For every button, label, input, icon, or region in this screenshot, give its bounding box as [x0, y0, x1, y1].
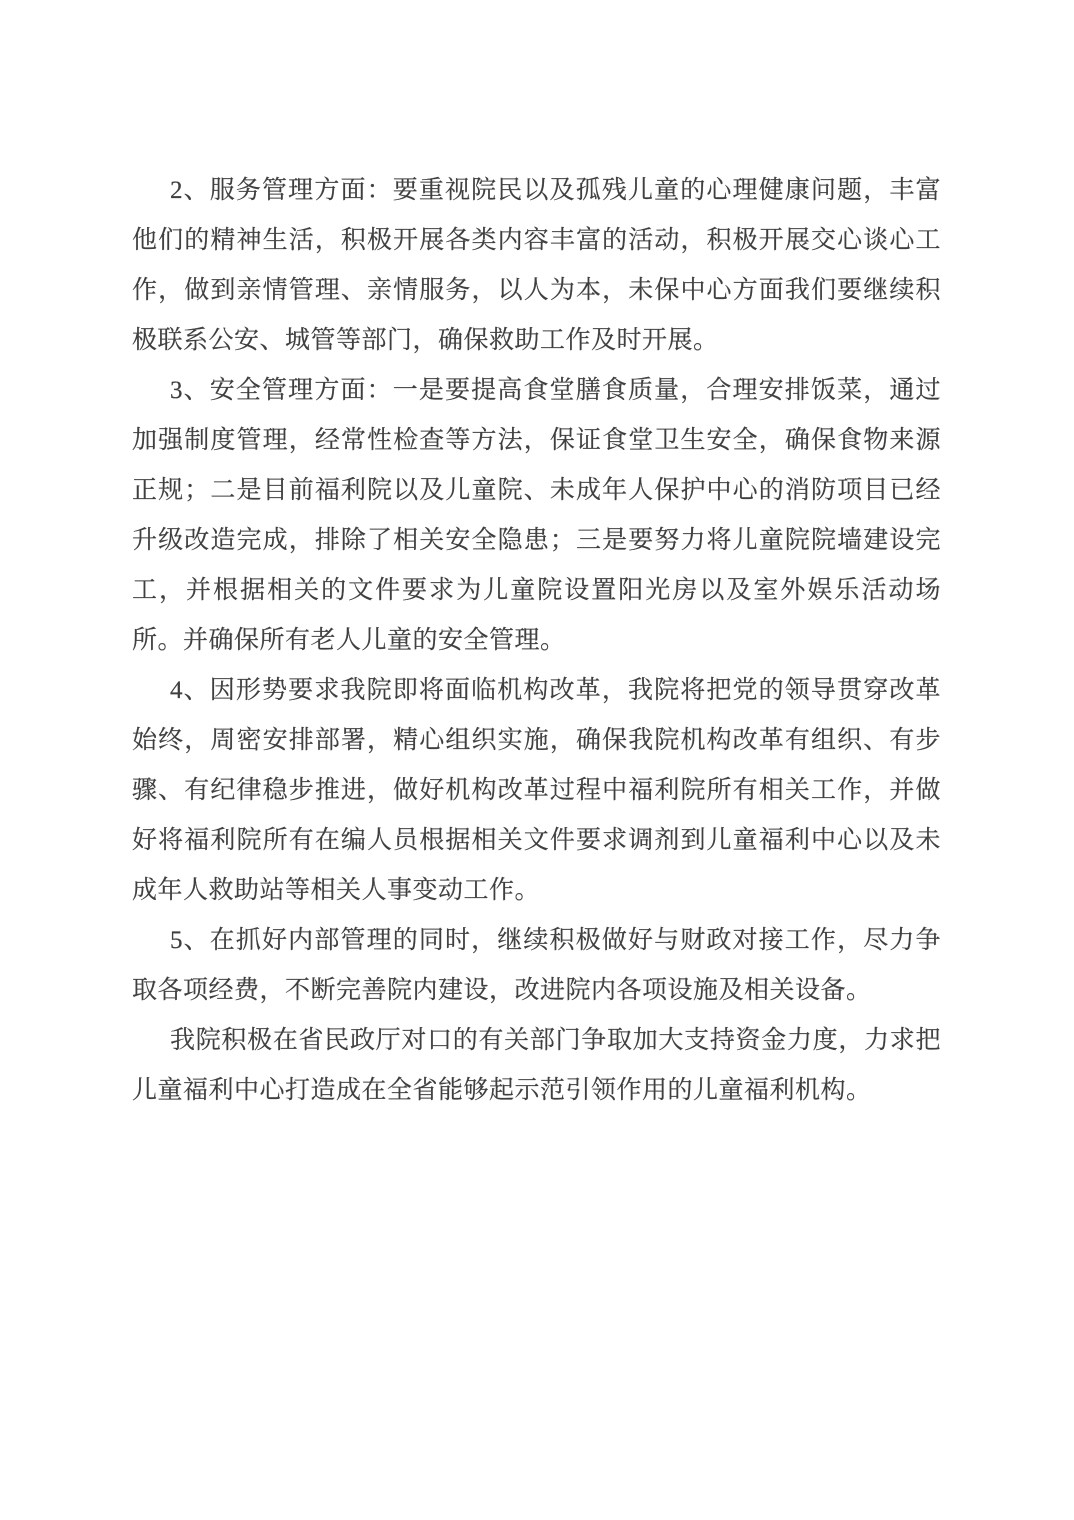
paragraph-para-5: 5、在抓好内部管理的同时，继续积极做好与财政对接工作，尽力争取各项经费，不断完善… — [132, 916, 941, 1016]
paragraph-para-4: 4、因形势要求我院即将面临机构改革，我院将把党的领导贯穿改革始终，周密安排部署，… — [132, 666, 941, 916]
document-text-body: 2、服务管理方面：要重视院民以及孤残儿童的心理健康问题，丰富他们的精神生活，积极… — [132, 166, 941, 1116]
paragraph-para-3: 3、安全管理方面：一是要提高食堂膳食质量，合理安排饭菜，通过加强制度管理，经常性… — [132, 366, 941, 666]
paragraph-para-2: 2、服务管理方面：要重视院民以及孤残儿童的心理健康问题，丰富他们的精神生活，积极… — [132, 166, 941, 366]
paragraph-para-closing: 我院积极在省民政厅对口的有关部门争取加大支持资金力度，力求把儿童福利中心打造成在… — [132, 1016, 941, 1116]
document-page: 2、服务管理方面：要重视院民以及孤残儿童的心理健康问题，丰富他们的精神生活，积极… — [0, 0, 1074, 1520]
